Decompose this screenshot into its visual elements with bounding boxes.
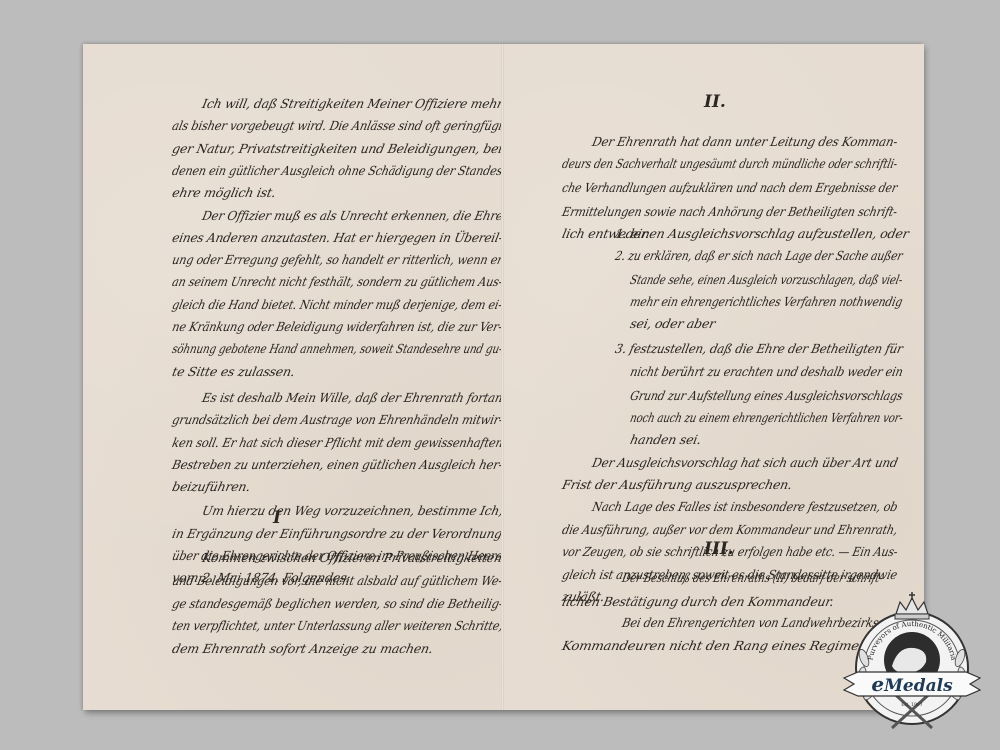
section-II-line: Ermittelungen sowie nach Anhörung der Be… <box>561 206 898 219</box>
left-page-line: ehre möglich ist. <box>171 187 277 200</box>
left-page-line: Der Offizier muß es als Unrecht erkennen… <box>201 210 504 223</box>
section-III-line: Kommandeuren nicht den Rang eines Regime… <box>561 640 884 653</box>
badge-icon: eMedals Est. 1997 Purveyors of Authentic… <box>844 592 980 728</box>
section-II-line: Der Ausgleichsvorschlag hat sich auch üb… <box>591 457 899 470</box>
numbered-item-line: sei, oder aber <box>629 318 716 331</box>
left-page-line: ung oder Erregung gefehlt, so handelt er… <box>171 254 504 267</box>
left-page-line: ken soll. Er hat sich dieser Pflicht mit… <box>171 437 504 450</box>
numbered-item-line: handen sei. <box>629 434 702 447</box>
left-page-line: te Sitte es zulassen. <box>171 366 296 379</box>
section-I-line: und Beleidigungen vor, die nicht alsbald… <box>171 575 503 588</box>
section-II-line: die Ausführung, außer vor dem Kommandeur… <box>561 524 899 537</box>
section-heading-I: I <box>273 508 281 528</box>
section-III-line: lichen Bestätigung durch den Kommandeur. <box>561 596 835 609</box>
section-III-line: Der Beschluß des Ehrenraths (II) bedarf … <box>621 572 884 585</box>
left-page-line: eines Anderen anzutasten. Hat er hiergeg… <box>171 232 504 245</box>
left-page-line: beizuführen. <box>171 481 251 494</box>
section-heading-II: II. <box>704 92 726 112</box>
left-page-line: an seinem Unrecht nicht festhält, sonder… <box>171 276 504 289</box>
left-page-line: grundsätzlich bei dem Austrage von Ehren… <box>171 414 504 427</box>
numbered-item-line: Stande sehe, einen Ausgleich vorzuschlag… <box>629 274 904 287</box>
left-page-line: gleich die Hand bietet. Nicht minder muß… <box>171 299 503 312</box>
section-I-line: dem Ehrenrath sofort Anzeige zu machen. <box>171 643 434 656</box>
book-spine <box>501 44 504 710</box>
numbered-item-line: 3. festzustellen, daß die Ehre der Bethe… <box>614 343 904 356</box>
section-II-line: Frist der Ausführung auszusprechen. <box>561 479 793 492</box>
svg-text:Est. 1997: Est. 1997 <box>901 702 922 708</box>
section-I-line: ge standesgemäß beglichen werden, so sin… <box>171 598 504 611</box>
section-II-line: Der Ehrenrath hat dann unter Leitung des… <box>591 136 899 149</box>
left-page-line: ger Natur, Privatstreitigkeiten und Bele… <box>171 143 503 156</box>
emedals-watermark-badge: eMedals Est. 1997 Purveyors of Authentic… <box>840 588 990 738</box>
section-I-line: ten verpflichtet, unter Unterlassung all… <box>171 620 504 633</box>
left-page: Ich will, daß Streitigkeiten Meiner Offi… <box>83 44 503 710</box>
left-page-line: ne Kränkung oder Beleidigung widerfahren… <box>171 321 503 334</box>
section-II-line: deurs den Sachverhalt ungesäumt durch mü… <box>561 158 898 171</box>
section-I-line: Kommen zwischen Offizieren Privatstreiti… <box>201 552 503 565</box>
numbered-item-line: noch auch zu einem ehrengerichtlichen Ve… <box>629 412 904 425</box>
left-page-line: söhnung gebotene Hand annehmen, soweit S… <box>171 343 504 356</box>
left-page-line: denen ein gütlicher Ausgleich ohne Schäd… <box>171 165 503 178</box>
emedals-logo-text: eMedals <box>871 672 953 696</box>
left-page-line: Um hierzu den Weg vorzuzeichnen, bestimm… <box>201 505 504 518</box>
section-II-line: che Verhandlungen aufzuklären und nach d… <box>561 182 898 195</box>
numbered-item-line: 2. zu erklären, daß er sich nach Lage de… <box>614 250 904 263</box>
numbered-item-line: 1. einen Ausgleichsvorschlag aufzustelle… <box>614 228 910 241</box>
section-heading-III: III. <box>704 539 734 559</box>
left-page-line: als bisher vorgebeugt wird. Die Anlässe … <box>171 120 503 133</box>
numbered-item-line: mehr ein ehrengerichtliches Verfahren no… <box>629 296 903 309</box>
numbered-item-line: nicht berührt zu erachten und deshalb we… <box>629 366 904 379</box>
document-booklet: Ich will, daß Streitigkeiten Meiner Offi… <box>83 44 923 710</box>
section-II-line: Nach Lage des Falles ist insbesondere fe… <box>591 501 899 514</box>
left-page-line: Ich will, daß Streitigkeiten Meiner Offi… <box>201 98 504 111</box>
left-page-line: in Ergänzung der Einführungsordre zu der… <box>171 528 503 541</box>
left-page-line: Es ist deshalb Mein Wille, daß der Ehren… <box>201 392 504 405</box>
left-page-line: Bestreben zu unterziehen, einen gütliche… <box>171 459 504 472</box>
numbered-item-line: Grund zur Aufstellung eines Ausgleichsvo… <box>629 390 904 403</box>
